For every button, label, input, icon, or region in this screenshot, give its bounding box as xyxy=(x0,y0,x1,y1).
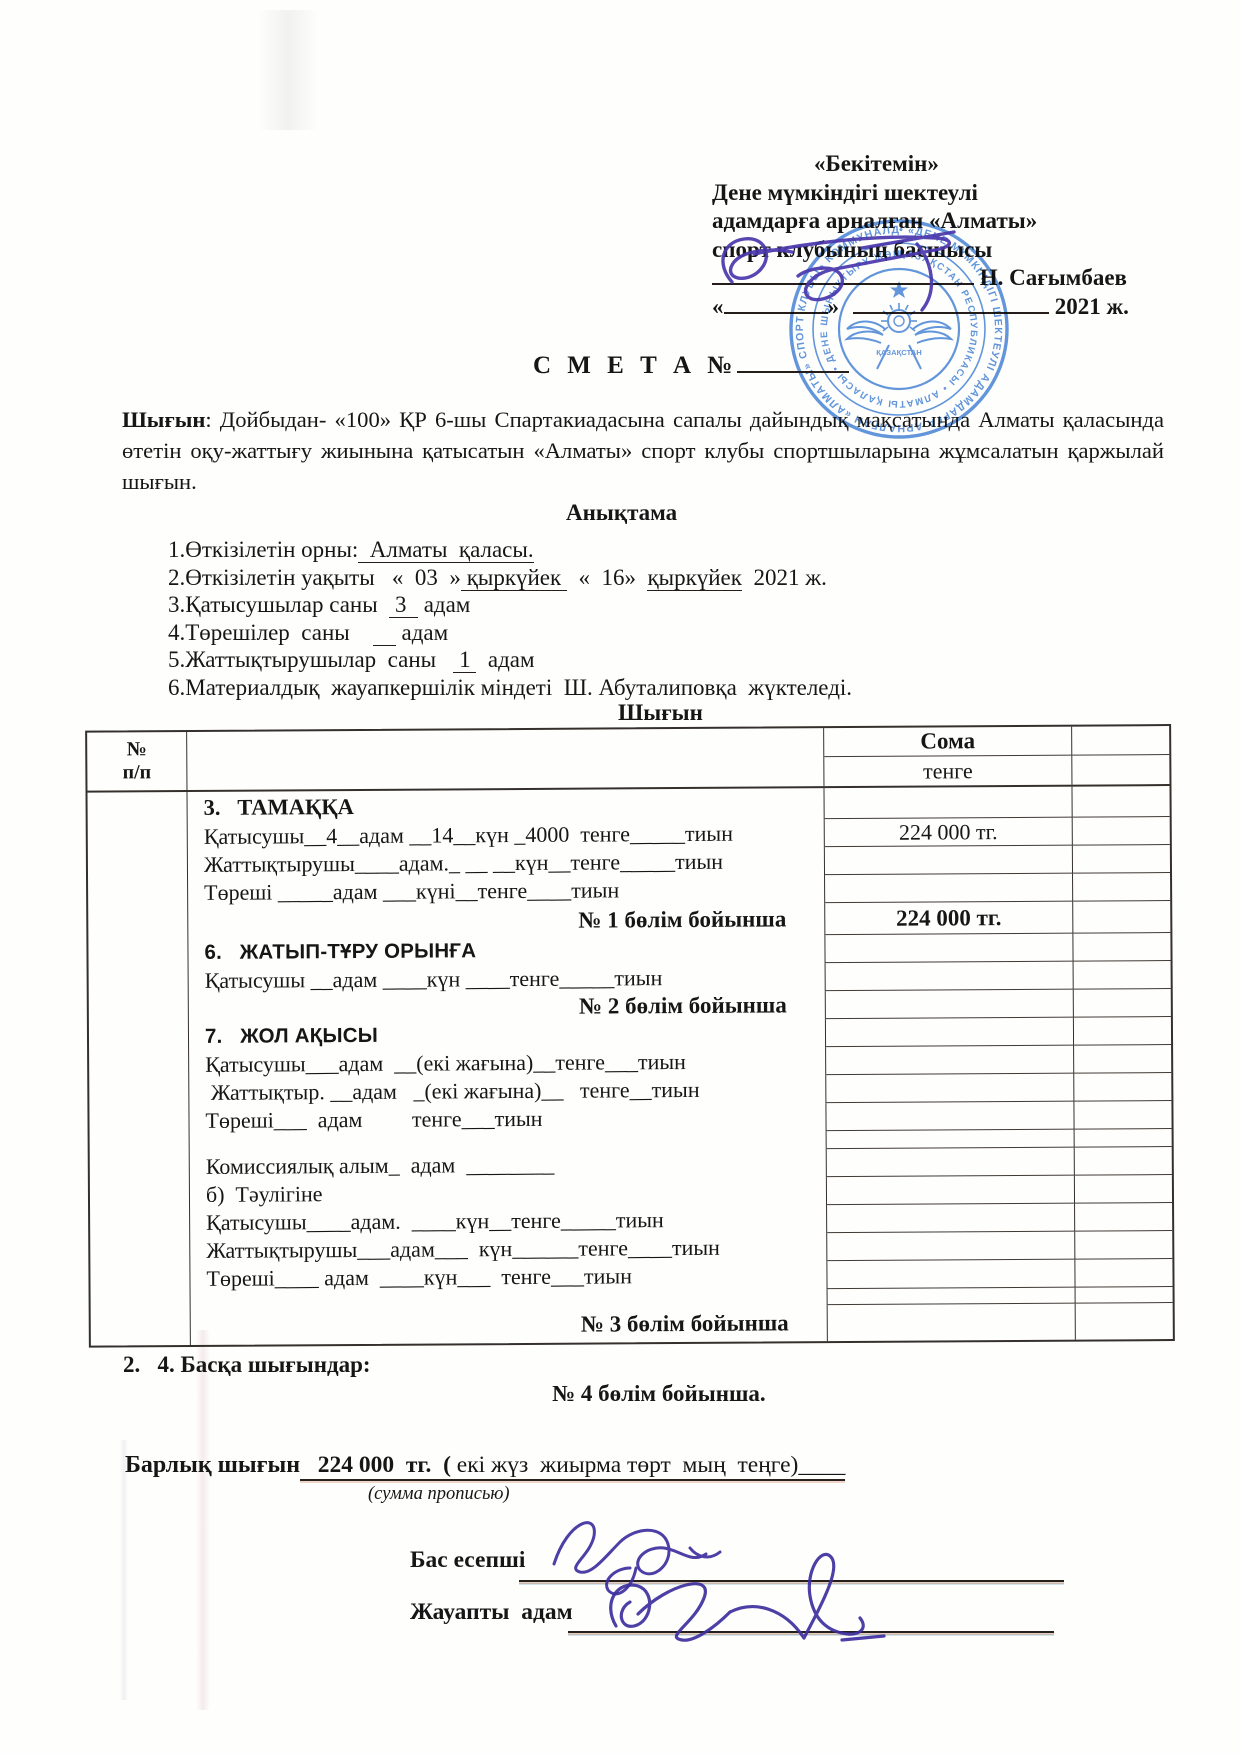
reference-item: 5.Жаттықтырушылар саны 1 адам xyxy=(168,646,852,674)
cell-description: б) Тәулігіне xyxy=(190,1177,827,1209)
reference-list: 1.Өткізілетін орны: Алматы қаласы.2.Өткі… xyxy=(168,536,852,702)
cell-number xyxy=(90,1153,190,1182)
approval-title: «Бекітемін» xyxy=(712,150,1182,179)
other-expenses-label: 2. 4. Басқа шығындар: xyxy=(123,1352,371,1378)
cell-description: Қатысушы__4__адам __14__күн _4000 тенге_… xyxy=(188,819,825,851)
cell-sum xyxy=(827,1260,1075,1290)
cell-sum xyxy=(824,787,1072,820)
cell-sum xyxy=(827,1130,1075,1150)
scan-artifact xyxy=(258,10,318,130)
cell-number xyxy=(88,851,188,880)
cell-sum xyxy=(827,1148,1075,1178)
cell-description: Жаттықтырушы____адам._ __ __күн__тенге__… xyxy=(188,847,825,879)
cell-sum: 224 000 тг. xyxy=(825,902,1073,936)
cell-extra xyxy=(1074,1073,1171,1102)
cell-description: Төреші _____адам ___күні__тенге____тиын xyxy=(188,875,825,907)
chief-accountant-label: Бас есепші xyxy=(410,1547,525,1574)
cell-extra xyxy=(1073,933,1170,962)
grand-total-label: Барлық шығын xyxy=(125,1452,300,1478)
cell-sum xyxy=(826,1046,1074,1076)
grand-total-amount: 224 000 тг. ( xyxy=(318,1452,451,1478)
reference-item: 4.Төрешілер саны адам xyxy=(168,619,852,647)
col-number-header: № п/п xyxy=(87,732,187,793)
cell-number xyxy=(88,792,188,824)
intro-label: Шығын xyxy=(122,407,205,432)
grand-total-words: екі жүз жиырма төрт мың теңге) xyxy=(451,1452,799,1478)
responsible-person-signature xyxy=(592,1540,902,1665)
reference-item: 2.Өткізілетін уақыты « 03 » қыркүйек « 1… xyxy=(168,564,852,592)
responsible-person-label: Жауапты адам xyxy=(410,1599,573,1626)
cell-number xyxy=(89,1023,189,1052)
cell-description: № 1 бөлім бойынша xyxy=(188,903,825,939)
cell-number xyxy=(89,1107,189,1136)
cell-sum xyxy=(826,1018,1074,1048)
cell-extra xyxy=(1073,817,1170,846)
scanned-budget-document: «Бекітемін» Дене мүмкіндігі шектеулі ада… xyxy=(0,0,1240,1754)
cell-description: № 2 бөлім бойынша xyxy=(189,991,826,1023)
cell-number xyxy=(89,967,189,996)
cell-number xyxy=(88,907,188,940)
cell-sum: 224 000 тг. xyxy=(825,818,1073,848)
section-4-total-label: № 4 бөлім бойынша. xyxy=(552,1381,766,1407)
intro-text: : Дойбыдан- «100» ҚР 6-шы Спартакиадасын… xyxy=(122,407,1164,494)
expenses-table: № п/п Сома тенге 3. ТАМАҚҚАҚатысушы__4__… xyxy=(85,724,1175,1348)
scan-artifact xyxy=(196,1330,210,1710)
cell-extra xyxy=(1073,873,1170,902)
cell-number xyxy=(89,1079,189,1108)
cell-extra xyxy=(1073,901,1170,934)
cell-description: Қатысушы___адам __(екі жағына)__тенге___… xyxy=(189,1047,826,1079)
col-sum-unit-header: тенге xyxy=(824,756,1072,787)
cell-sum xyxy=(827,1204,1075,1234)
cell-description: Жаттықтырушы___адам___ күн______тенге___… xyxy=(190,1233,827,1265)
cell-extra xyxy=(1072,786,1169,818)
cell-sum xyxy=(826,1074,1074,1104)
cell-number xyxy=(90,1237,190,1266)
cell-sum xyxy=(826,1102,1074,1132)
cell-extra xyxy=(1074,1017,1171,1046)
cell-sum xyxy=(828,1304,1076,1342)
cell-extra xyxy=(1074,961,1171,990)
cell-sum xyxy=(825,846,1073,876)
date-year: 2021 ж. xyxy=(1055,294,1129,319)
cell-extra xyxy=(1075,1147,1172,1176)
cell-extra xyxy=(1075,1175,1172,1204)
cell-sum xyxy=(827,1232,1075,1262)
cell-description: Жаттықтыр. __адам _(екі жағына)__ тенге_… xyxy=(189,1075,826,1107)
cell-number xyxy=(89,995,189,1024)
cell-extra xyxy=(1075,1129,1172,1148)
table-heading: Шығын xyxy=(618,700,703,726)
cell-sum xyxy=(827,1176,1075,1206)
cell-extra xyxy=(1075,1203,1172,1232)
cell-description: 6. ЖАТЫП-ТҰРУ ОРЫНҒА xyxy=(188,935,825,967)
cell-number xyxy=(88,879,188,908)
director-signature xyxy=(712,218,982,328)
cell-extra xyxy=(1076,1287,1173,1304)
cell-extra xyxy=(1074,1101,1171,1130)
reference-item: 3.Қатысушылар саны 3 адам xyxy=(168,591,852,619)
cell-description: 3. ТАМАҚҚА xyxy=(188,788,825,823)
cell-sum xyxy=(828,1288,1076,1306)
cell-number xyxy=(88,823,188,852)
cell-description: № 3 бөлім бойынша xyxy=(191,1305,828,1345)
cell-description: 7. ЖОЛ АҚЫСЫ xyxy=(189,1019,826,1051)
col-sum-header: Сома xyxy=(824,727,1072,758)
cell-number xyxy=(90,1135,190,1154)
title-number-blank xyxy=(737,371,849,373)
cell-description: Төреші___ адам тенге___тиын xyxy=(189,1103,826,1135)
cell-extra xyxy=(1074,1045,1171,1074)
cell-description: Қатысушы____адам. ____күн__тенге_____тиы… xyxy=(190,1205,827,1237)
table-body: 3. ТАМАҚҚАҚатысушы__4__адам __14__күн _4… xyxy=(88,786,1173,1346)
cell-number xyxy=(91,1293,191,1310)
cell-number xyxy=(89,1051,189,1080)
cell-number xyxy=(90,1181,190,1210)
cell-sum xyxy=(825,874,1073,904)
cell-sum xyxy=(826,990,1074,1020)
table-header-row: № п/п Сома тенге xyxy=(87,726,1169,793)
cell-description: Қатысушы __адам ____күн ____тенге_____ти… xyxy=(189,963,826,995)
cell-extra xyxy=(1075,1231,1172,1260)
cell-description: Комиссиялық алым_ адам ________ xyxy=(190,1149,827,1181)
cell-number xyxy=(90,1209,190,1238)
reference-item: 6.Материалдық жауапкершілік міндеті Ш. А… xyxy=(168,674,852,702)
document-title: С М Е Т А № xyxy=(533,352,849,380)
reference-heading: Анықтама xyxy=(566,500,677,526)
cell-extra xyxy=(1074,989,1171,1018)
cell-number xyxy=(91,1309,191,1346)
grand-total-line: Барлық шығын 224 000 тг. ( екі жүз жиырм… xyxy=(125,1452,845,1481)
intro-paragraph: Шығын: Дойбыдан- «100» ҚР 6-шы Спартакиа… xyxy=(122,404,1164,497)
approval-line: Дене мүмкіндігі шектеулі xyxy=(712,179,1182,208)
cell-sum xyxy=(825,934,1073,964)
table-row: № 3 бөлім бойынша xyxy=(91,1303,1173,1346)
cell-extra xyxy=(1076,1303,1173,1340)
cell-number xyxy=(90,1265,190,1294)
cell-description: Төреші____ адам ____күн___ тенге___тиын xyxy=(190,1261,827,1293)
col-description-header xyxy=(187,728,824,761)
reference-item: 1.Өткізілетін орны: Алматы қаласы. xyxy=(168,536,852,564)
cell-number xyxy=(88,939,188,968)
cell-extra xyxy=(1075,1259,1172,1288)
cell-sum xyxy=(826,962,1074,992)
cell-extra xyxy=(1073,845,1170,874)
stamp-center-label: ҚАЗАҚСТАН xyxy=(876,348,921,357)
sum-in-words-note: (сумма прописью) xyxy=(368,1484,510,1505)
